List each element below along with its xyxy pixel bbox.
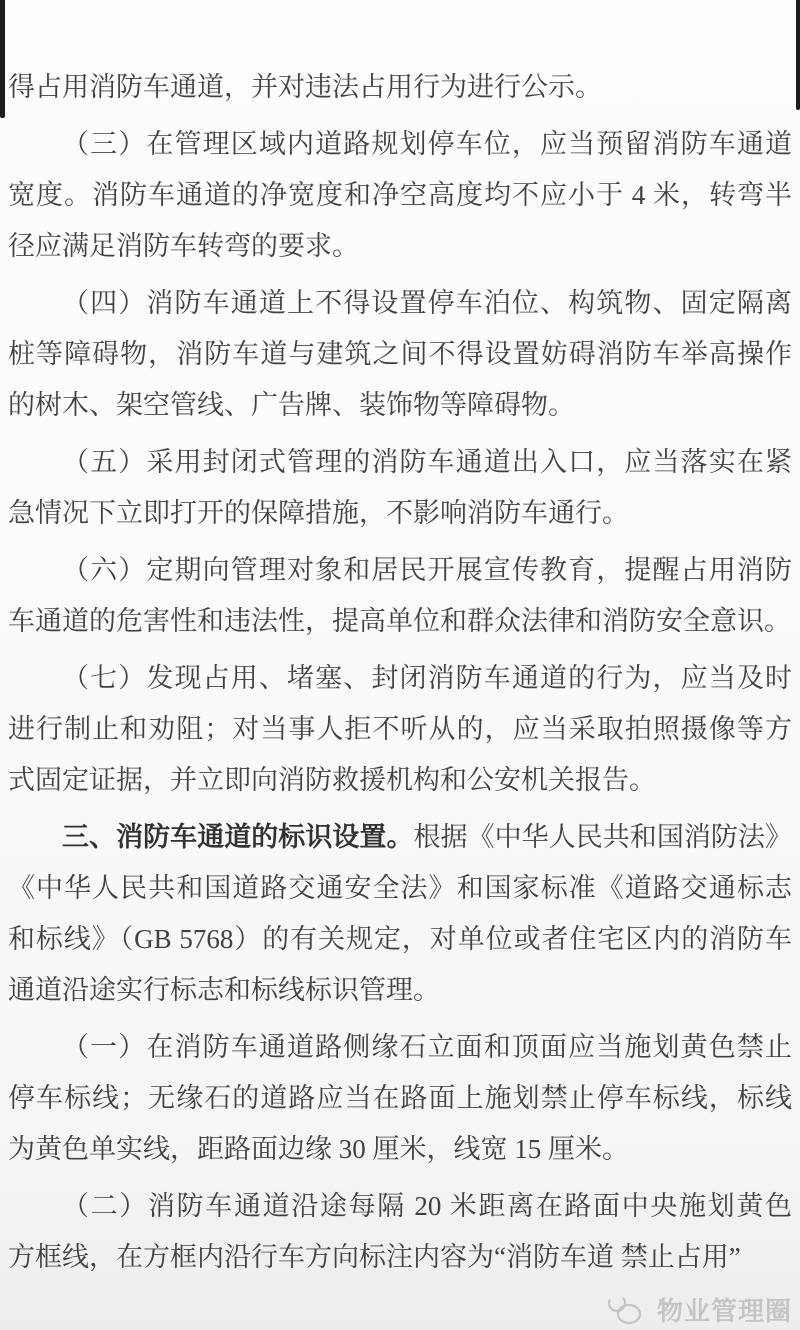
- paragraph: 得占用消防车通道，并对违法占用行为进行公示。: [8, 62, 792, 113]
- text-line: 《中华人民共和国道路交通安全法》和国家标准《道路交通标志: [8, 863, 792, 914]
- text-line: 停车标线；无缘石的道路应当在路面上施划禁止停车标线，标线: [8, 1073, 792, 1124]
- paragraph: （四）消防车通道上不得设置停车泊位、构筑物、固定隔离桩等障碍物，消防车道与建筑之…: [8, 278, 792, 431]
- text-segment: 径应满足消防车转弯的要求。: [8, 231, 359, 261]
- text-line: 宽度。消防车通道的净宽度和净空高度均不应小于 4 米，转弯半: [8, 170, 792, 221]
- text-segment: （五）采用封闭式管理的消防车通道出入口，应当落实在紧: [62, 447, 792, 477]
- text-segment: 停车标线；无缘石的道路应当在路面上施划禁止停车标线，标线: [8, 1083, 792, 1113]
- text-line: 得占用消防车通道，并对违法占用行为进行公示。: [8, 62, 792, 113]
- text-line: 急情况下立即打开的保障措施，不影响消防车通行。: [8, 488, 792, 539]
- watermark: 物业管理圈: [0, 1289, 800, 1328]
- paragraph: （三）在管理区域内道路规划停车位，应当预留消防车通道宽度。消防车通道的净宽度和净…: [8, 119, 792, 272]
- text-line: 三、消防车通道的标识设置。根据《中华人民共和国消防法》: [8, 812, 792, 863]
- text-segment: 进行制止和劝阻；对当事人拒不听从的，应当采取拍照摄像等方: [8, 714, 792, 744]
- paragraph: 三、消防车通道的标识设置。根据《中华人民共和国消防法》《中华人民共和国道路交通安…: [8, 812, 792, 1016]
- text-line: 通道沿途实行标志和标线标识管理。: [8, 965, 792, 1016]
- photo-corner-bar-left: [0, 0, 5, 118]
- text-segment: （一）在消防车通道路侧缘石立面和顶面应当施划黄色禁止: [62, 1032, 792, 1062]
- paragraph: （七）发现占用、堵塞、封闭消防车通道的行为，应当及时进行制止和劝阻；对当事人拒不…: [8, 653, 792, 806]
- text-segment: 急情况下立即打开的保障措施，不影响消防车通行。: [8, 498, 629, 528]
- text-line: 径应满足消防车转弯的要求。: [8, 221, 792, 272]
- section-heading: 三、消防车通道的标识设置。: [62, 822, 414, 852]
- text-line: 进行制止和劝阻；对当事人拒不听从的，应当采取拍照摄像等方: [8, 704, 792, 755]
- text-segment: 通道沿途实行标志和标线标识管理。: [8, 975, 440, 1005]
- text-segment: 宽度。消防车通道的净宽度和净空高度均不应小于 4 米，转弯半: [8, 180, 792, 210]
- text-segment: 根据《中华人民共和国消防法》: [414, 822, 793, 852]
- text-segment: 《中华人民共和国道路交通安全法》和国家标准《道路交通标志: [8, 873, 792, 903]
- text-line: （四）消防车通道上不得设置停车泊位、构筑物、固定隔离: [8, 278, 792, 329]
- text-line: （二）消防车通道沿途每隔 20 米距离在路面中央施划黄色: [8, 1181, 792, 1232]
- photo-corner-bar-right: [796, 0, 800, 110]
- text-segment: 方框线，在方框内沿行车方向标注内容为“消防车道 禁止占用”: [8, 1242, 741, 1272]
- watermark-logo-icon: [604, 1292, 650, 1328]
- text-line: （一）在消防车通道路侧缘石立面和顶面应当施划黄色禁止: [8, 1022, 792, 1073]
- text-segment: 车通道的危害性和违法性，提高单位和群众法律和消防安全意识。: [8, 606, 791, 636]
- text-line: （七）发现占用、堵塞、封闭消防车通道的行为，应当及时: [8, 653, 792, 704]
- watermark-label: 物业管理圈: [657, 1291, 792, 1328]
- text-line: 的树木、架空管线、广告牌、装饰物等障碍物。: [8, 380, 792, 431]
- text-segment: 桩等障碍物，消防车道与建筑之间不得设置妨碍消防车举高操作: [8, 339, 792, 369]
- text-segment: 为黄色单实线，距路面边缘 30 厘米，线宽 15 厘米。: [8, 1134, 629, 1164]
- text-segment: （三）在管理区域内道路规划停车位，应当预留消防车通道: [62, 129, 792, 159]
- text-segment: 和标线》（GB 5768）的有关规定，对单位或者住宅区内的消防车: [8, 924, 792, 954]
- text-line: （三）在管理区域内道路规划停车位，应当预留消防车通道: [8, 119, 792, 170]
- paragraph: （一）在消防车通道路侧缘石立面和顶面应当施划黄色禁止停车标线；无缘石的道路应当在…: [8, 1022, 792, 1175]
- text-segment: （七）发现占用、堵塞、封闭消防车通道的行为，应当及时: [62, 663, 792, 693]
- text-segment: （四）消防车通道上不得设置停车泊位、构筑物、固定隔离: [62, 288, 792, 318]
- document-text: 得占用消防车通道，并对违法占用行为进行公示。（三）在管理区域内道路规划停车位，应…: [0, 0, 800, 1283]
- text-line: 桩等障碍物，消防车道与建筑之间不得设置妨碍消防车举高操作: [8, 329, 792, 380]
- text-line: 车通道的危害性和违法性，提高单位和群众法律和消防安全意识。: [8, 596, 792, 647]
- text-line: 为黄色单实线，距路面边缘 30 厘米，线宽 15 厘米。: [8, 1124, 792, 1175]
- text-segment: 式固定证据，并立即向消防救援机构和公安机关报告。: [8, 765, 656, 795]
- text-segment: 得占用消防车通道，并对违法占用行为进行公示。: [8, 72, 602, 102]
- text-segment: （二）消防车通道沿途每隔 20 米距离在路面中央施划黄色: [62, 1191, 792, 1221]
- text-line: 式固定证据，并立即向消防救援机构和公安机关报告。: [8, 755, 792, 806]
- text-line: （六）定期向管理对象和居民开展宣传教育，提醒占用消防: [8, 545, 792, 596]
- text-segment: 的树木、架空管线、广告牌、装饰物等障碍物。: [8, 390, 575, 420]
- text-line: （五）采用封闭式管理的消防车通道出入口，应当落实在紧: [8, 437, 792, 488]
- paragraph: （二）消防车通道沿途每隔 20 米距离在路面中央施划黄色方框线，在方框内沿行车方…: [8, 1181, 792, 1283]
- paragraph: （五）采用封闭式管理的消防车通道出入口，应当落实在紧急情况下立即打开的保障措施，…: [8, 437, 792, 539]
- paragraph: （六）定期向管理对象和居民开展宣传教育，提醒占用消防车通道的危害性和违法性，提高…: [8, 545, 792, 647]
- text-line: 方框线，在方框内沿行车方向标注内容为“消防车道 禁止占用”: [8, 1232, 792, 1283]
- text-line: 和标线》（GB 5768）的有关规定，对单位或者住宅区内的消防车: [8, 914, 792, 965]
- text-segment: （六）定期向管理对象和居民开展宣传教育，提醒占用消防: [62, 555, 792, 585]
